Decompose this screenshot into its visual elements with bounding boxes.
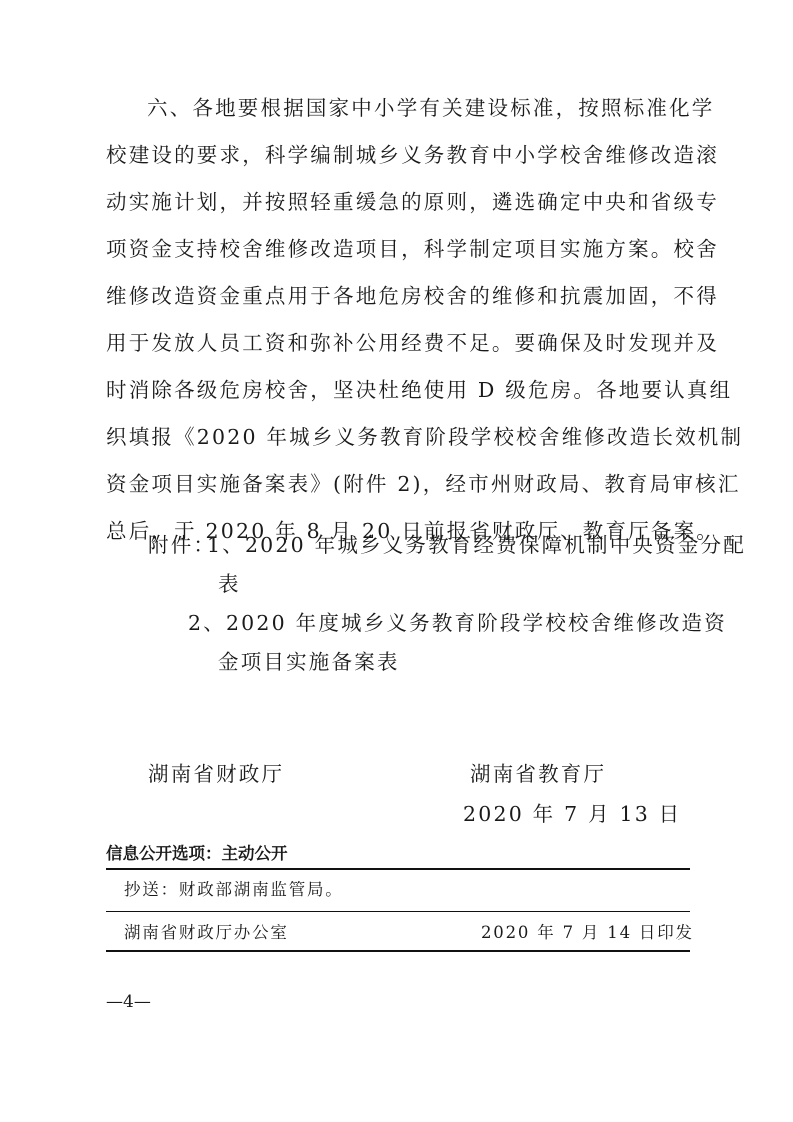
page-number: —4— [106, 992, 151, 1012]
attachment-item-1: 1、2020 年城乡义务教育经费保障机制中央资金分配 [207, 533, 746, 557]
paragraph-line: 织填报《2020 年城乡义务教育阶段学校校舍维修改造长效机制 [106, 425, 743, 449]
paragraph-line: 校建设的要求，科学编制城乡义务教育中小学校舍维修改造滚 [106, 143, 719, 167]
attachments-label: 附件： [148, 533, 216, 557]
attachment-item-2-cont: 金项目实施备案表 [218, 650, 400, 674]
paragraph-line: 六、各地要根据国家中小学有关建设标准，按照标准化学 [147, 96, 715, 120]
attachment-item-1-cont: 表 [218, 572, 241, 596]
issue-date: 2020 年 7 月 14 日印发 [481, 922, 694, 944]
issuing-office: 湖南省财政厅办公室 [124, 922, 289, 944]
signature-date: 2020 年 7 月 13 日 [463, 802, 681, 826]
signature-education-dept: 湖南省教育厅 [470, 762, 606, 786]
paragraph-line: 用于发放人员工资和弥补公用经费不足。要确保及时发现并及 [106, 331, 719, 355]
paragraph-line: 项资金支持校舍维修改造项目，科学制定项目实施方案。校舍 [106, 237, 719, 261]
disclosure-option: 信息公开选项：主动公开 [106, 843, 288, 865]
divider-bottom [106, 950, 690, 952]
cc-recipients: 抄送：财政部湖南监管局。 [124, 879, 344, 901]
signature-finance-dept: 湖南省财政厅 [148, 762, 284, 786]
paragraph-line: 动实施计划，并按照轻重缓急的原则，遴选确定中央和省级专 [106, 190, 719, 214]
divider-thick [106, 868, 690, 870]
paragraph-line: 时消除各级危房校舍，坚决杜绝使用 D 级危房。各地要认真组 [106, 378, 732, 402]
divider-thin [106, 911, 690, 912]
paragraph-line: 维修改造资金重点用于各地危房校舍的维修和抗震加固，不得 [106, 284, 719, 308]
attachment-item-2: 2、2020 年度城乡义务教育阶段学校校舍维修改造资 [188, 611, 727, 635]
paragraph-line: 资金项目实施备案表》(附件 2)，经市州财政局、教育局审核汇 [106, 472, 741, 496]
